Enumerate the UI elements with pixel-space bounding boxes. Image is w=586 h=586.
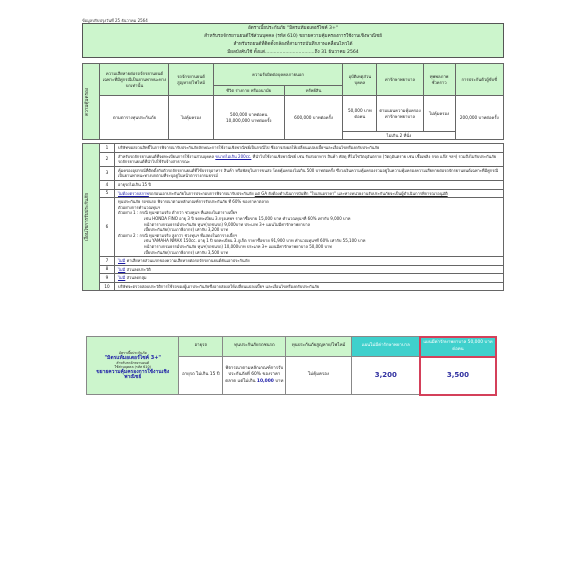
col-age: อายุรถ bbox=[179, 337, 223, 357]
condition-number: 10 bbox=[100, 282, 115, 291]
condition-row: 6ทุนประกันภัย รถชนรถ พิจารณาตามหลักเกณฑ์… bbox=[83, 198, 504, 257]
value-bail-bond: 200,000 บาทต่อครั้ง bbox=[455, 96, 503, 140]
col-tp-property: ทรัพย์สิน bbox=[284, 86, 343, 96]
value-own-damage: ตามตารางทุนประกันภัย bbox=[100, 96, 169, 140]
header-effective-date: มีผลบังคับใช้ ตั้งแต่...................… bbox=[83, 49, 503, 57]
value-theft-fire: ไม่คุ้มครอง bbox=[169, 96, 213, 140]
condition-text: ไม่มี ส่วนลดประวัติ bbox=[115, 265, 504, 274]
condition-number: 2 bbox=[100, 152, 115, 166]
condition-text: บริษัทขอสงวนสิทธิ์ในการพิจารณารับประกันภ… bbox=[115, 144, 504, 153]
value-seats: ไม่เกิน 2 ที่นั่ง bbox=[343, 132, 455, 140]
condition-row: 3คุ้มครองอุปกรณ์ที่ติดตั้งกับตัวรถจักรยา… bbox=[83, 166, 504, 180]
col-medical: ค่ารักษาพยาบาล bbox=[377, 64, 423, 96]
condition-link[interactable]: ไม่ต้องตรวจสภาพ bbox=[118, 191, 149, 196]
col-plan-no-medical[interactable]: แผนไม่มีค่ารักษาพยาบาล bbox=[351, 337, 420, 357]
product-cell: อัตราเบี้ยประกันภัย "มิตรแท้มอเตอร์ไซค์ … bbox=[87, 337, 179, 395]
condition-text: บริษัทจะตรวจสอบประวัติการใช้รถของผู้เอาป… bbox=[115, 282, 504, 291]
col-theft-fire: รถจักรยานยนต์สูญหาย/ไฟไหม้ bbox=[169, 64, 213, 96]
value-sum-insured: พิจารณาตามหลักเกณฑ์การรับประกันภัยที่ 60… bbox=[223, 357, 286, 395]
col-pa: อุบัติเหตุส่วนบุคคล bbox=[343, 64, 377, 96]
col-plan-medical[interactable]: แผนมีค่ารักษาพยาบาล 50,000 บาทต่อคน bbox=[420, 337, 495, 357]
document-header: อัตราเบี้ยประกันภัย "มิตรแท้มอเตอร์ไซค์ … bbox=[82, 23, 504, 58]
condition-row: 7ไม่มี ค่าเสียหายส่วนแรกของความเสียหายต่… bbox=[83, 257, 504, 266]
value-theft-fire-sum: ไม่คุ้มครอง bbox=[286, 357, 351, 395]
condition-number: 1 bbox=[100, 144, 115, 153]
condition-number: 3 bbox=[100, 166, 115, 180]
condition-number: 4 bbox=[100, 180, 115, 189]
price-no-medical[interactable]: 3,200 bbox=[351, 357, 420, 395]
condition-text: ไม่มี ค่าเสียหายส่วนแรกของความเสียหายต่อ… bbox=[115, 257, 504, 266]
condition-text: ทุนประกันภัย รถชนรถ พิจารณาตามหลักเกณฑ์ก… bbox=[115, 198, 504, 257]
product-extension: ขยายความคุ้มครองการใช้งานเชิงพาณิชย์ bbox=[89, 370, 176, 380]
header-subtitle-2: สำหรับรถยนต์ที่ติดตั้งกล้องที่สามารถบันท… bbox=[83, 41, 503, 49]
condition-text: อายุรถไม่เกิน 15 ปี bbox=[115, 180, 504, 189]
condition-number: 7 bbox=[100, 257, 115, 266]
coverage-table: ความคุ้มครอง ความเสียหายต่อรถจักรยานยนต์… bbox=[82, 63, 504, 140]
condition-row: 4อายุรถไม่เกิน 15 ปี bbox=[83, 180, 504, 189]
condition-number: 5 bbox=[100, 189, 115, 198]
value-medical: ตามแผนความคุ้มครองค่ารักษาพยาบาล bbox=[377, 96, 423, 132]
header-subtitle: สำหรับรถจักรยานยนต์ใช้ส่วนบุคคล (รหัส 61… bbox=[83, 33, 503, 41]
col-temp-disability: ทุพพลภาพชั่วคราว bbox=[423, 64, 455, 96]
condition-number: 9 bbox=[100, 274, 115, 283]
condition-link[interactable]: ขนาดไม่เกิน 200cc. bbox=[215, 154, 251, 159]
condition-text: ไม่ต้องตรวจสภาพรถก่อนเอาประกันภัยในการปร… bbox=[115, 189, 504, 198]
condition-row: 9ไม่มี ส่วนลดกลุ่ม bbox=[83, 274, 504, 283]
value-pa: 50,000 บาทต่อคน bbox=[343, 96, 377, 132]
condition-row: 5ไม่ต้องตรวจสภาพรถก่อนเอาประกันภัยในการป… bbox=[83, 189, 504, 198]
condition-row: 10บริษัทจะตรวจสอบประวัติการใช้รถของผู้เอ… bbox=[83, 282, 504, 291]
col-bail-bond: การประกันตัวผู้ขับขี่ bbox=[455, 64, 503, 96]
condition-number: 6 bbox=[100, 198, 115, 257]
value-temp-disability: ไม่คุ้มครอง bbox=[423, 96, 455, 132]
premium-table: อัตราเบี้ยประกันภัย "มิตรแท้มอเตอร์ไซค์ … bbox=[86, 336, 496, 395]
conditions-side-label: เงื่อนไขการรับประกันภัย bbox=[83, 144, 100, 291]
condition-row: เงื่อนไขการรับประกันภัย1บริษัทขอสงวนสิทธ… bbox=[83, 144, 504, 153]
conditions-table: เงื่อนไขการรับประกันภัย1บริษัทขอสงวนสิทธ… bbox=[82, 143, 504, 291]
condition-row: 2สำหรับรถจักรยานยนต์ที่จดทะเบียนการใช้งา… bbox=[83, 152, 504, 166]
coverage-side-label: ความคุ้มครอง bbox=[83, 64, 100, 140]
header-title: อัตราเบี้ยประกันภัย "มิตรแท้มอเตอร์ไซค์ … bbox=[83, 25, 503, 33]
col-third-party: ความรับผิดต่อบุคคลภายนอก bbox=[213, 64, 343, 86]
col-sum-insured: ทุนประกันภัยรถชนรถ bbox=[223, 337, 286, 357]
price-medical[interactable]: 3,500 bbox=[420, 357, 495, 395]
col-own-damage: ความเสียหายต่อรถจักรยานยนต์เฉพาะที่มีคู่… bbox=[100, 64, 169, 96]
condition-text: คุ้มครองอุปกรณ์ที่ติดตั้งกับตัวรถจักรยาน… bbox=[115, 166, 504, 180]
value-tp-property: 600,000 บาทต่อครั้ง bbox=[284, 96, 343, 140]
condition-text: ไม่มี ส่วนลดกลุ่ม bbox=[115, 274, 504, 283]
value-age: อายุรถ ไม่เกิน 15 ปี bbox=[179, 357, 223, 395]
condition-row: 8ไม่มี ส่วนลดประวัติ bbox=[83, 265, 504, 274]
condition-number: 8 bbox=[100, 265, 115, 274]
condition-text: สำหรับรถจักรยานยนต์ที่จดทะเบียนการใช้งาน… bbox=[115, 152, 504, 166]
col-theft-fire-sum: ทุนประกันภัยสูญหาย/ไฟไหม้ bbox=[286, 337, 351, 357]
value-tp-life: 500,000 บาทต่อคน 10,000,000 บาทต่อครั้ง bbox=[213, 96, 284, 140]
col-tp-life: ชีวิต ร่างกาย หรืออนามัย bbox=[213, 86, 284, 96]
